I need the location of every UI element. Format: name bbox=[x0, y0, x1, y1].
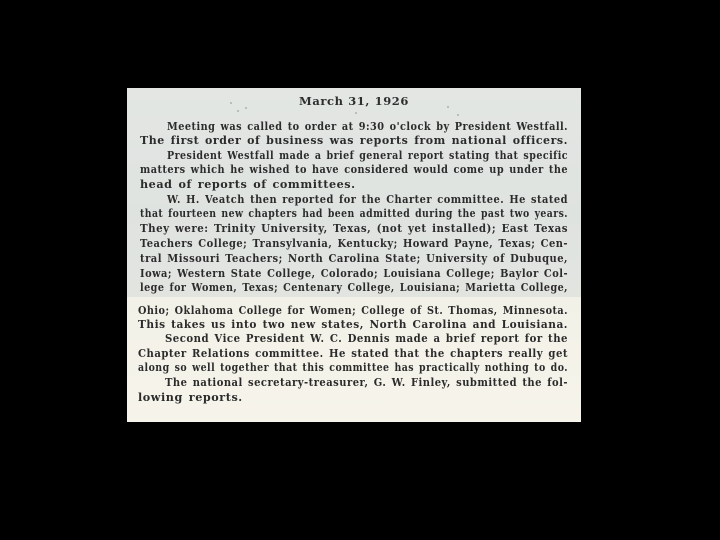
paragraph-line: Iowa; Western State College, Colorado; L… bbox=[140, 266, 568, 280]
scan-speck bbox=[355, 112, 357, 114]
paragraph-line: The first order of business was reports … bbox=[140, 133, 568, 147]
paragraph-line: head of reports of committees. bbox=[140, 177, 356, 191]
paragraph-line: The national secretary-treasurer, G. W. … bbox=[165, 375, 568, 389]
paragraph-line: Ohio; Oklahoma College for Women; Colleg… bbox=[138, 303, 568, 317]
paragraph-line: Meeting was called to order at 9:30 o'cl… bbox=[167, 119, 568, 133]
paragraph-line: President Westfall made a brief general … bbox=[167, 148, 568, 162]
scanned-document-page: March 31, 1926 Meeting was called to ord… bbox=[127, 88, 581, 422]
paragraph-line: along so well together that this committ… bbox=[138, 360, 568, 374]
paragraph-line: They were: Trinity University, Texas, (n… bbox=[140, 221, 568, 235]
scan-speck bbox=[457, 114, 459, 116]
paragraph-line: Second Vice President W. C. Dennis made … bbox=[165, 331, 568, 345]
date-heading: March 31, 1926 bbox=[127, 94, 581, 108]
paragraph-line: This takes us into two new states, North… bbox=[138, 317, 568, 331]
paragraph-line: Teachers College; Transylvania, Kentucky… bbox=[140, 236, 568, 250]
paragraph-line: that fourteen new chapters had been admi… bbox=[140, 206, 568, 220]
paragraph-line: W. H. Veatch then reported for the Chart… bbox=[167, 192, 568, 206]
paragraph-line: matters which he wished to have consider… bbox=[140, 162, 568, 176]
paragraph-line: tral Missouri Teachers; North Carolina S… bbox=[140, 251, 568, 265]
paragraph-line: Chapter Relations committee. He stated t… bbox=[138, 346, 568, 360]
slide-canvas: March 31, 1926 Meeting was called to ord… bbox=[0, 0, 720, 540]
paragraph-line: lowing reports. bbox=[138, 390, 243, 404]
paragraph-line: lege for Women, Texas; Centenary College… bbox=[140, 280, 568, 294]
scan-speck bbox=[237, 110, 239, 112]
